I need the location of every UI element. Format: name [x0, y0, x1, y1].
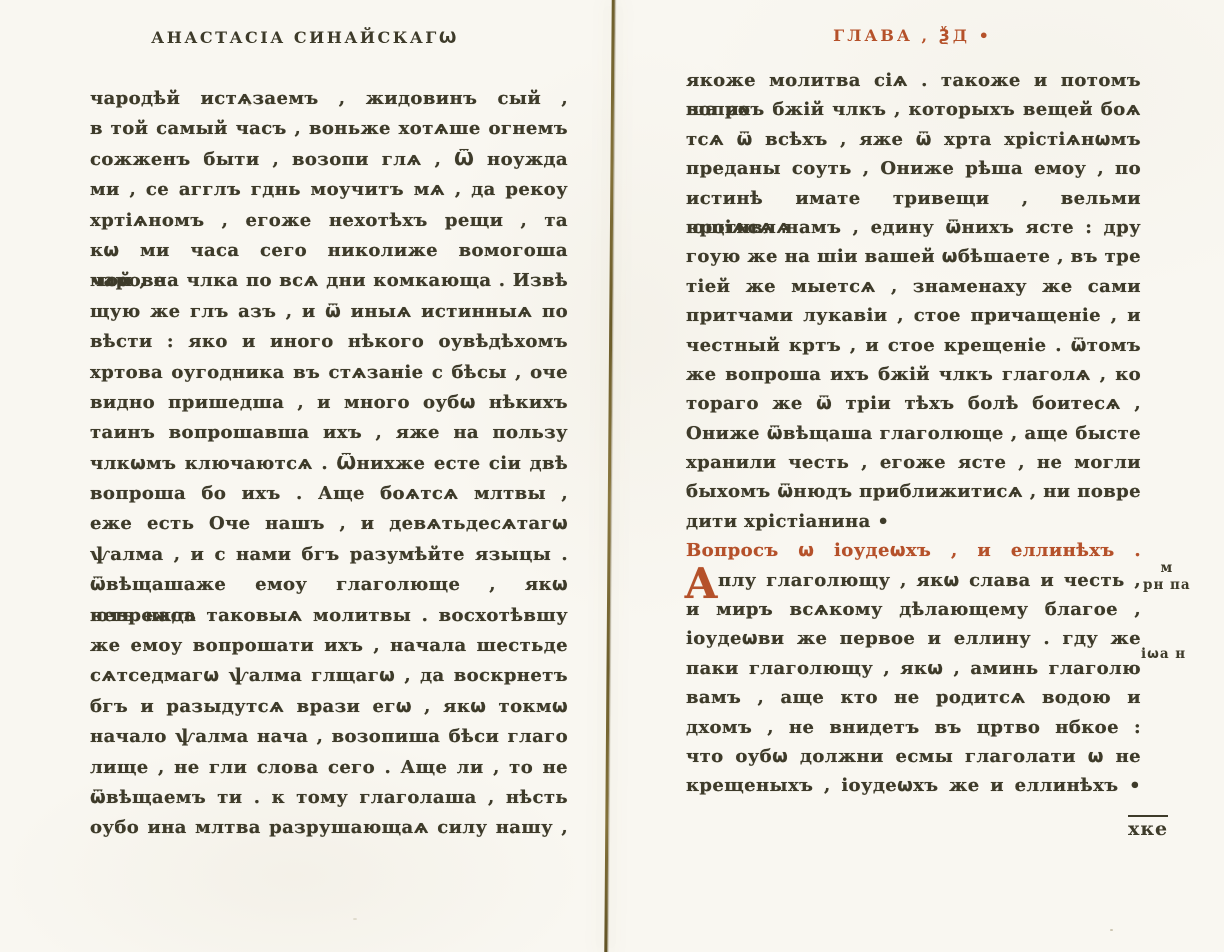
text-line: гоую же на шіи вашей ѡбѣшаете , въ тре [686, 242, 1141, 271]
text-line: честный кртъ , и стое крещеніе . ѿтомъ [686, 331, 1141, 360]
text-line: вопроша бо ихъ . Аще боѧтсѧ млтвы , [90, 479, 568, 509]
text-line: истинѣ имате тривещи , вельми противлѧ [686, 184, 1141, 213]
text-line: быхомъ ѿнюдъ приближитисѧ , ни повре [686, 477, 1141, 506]
right-lines-top: якоже молитва сіѧ . такоже и потомъ вопр… [686, 66, 1141, 507]
text-line: мой , на члка по всѧ дни комкающа . Извѣ [90, 266, 568, 296]
text-line: же вопроша ихъ бжій члкъ глаголѧ , ко [686, 360, 1141, 389]
text-line: чародѣй истѧзаемъ , жидовинъ сый , [90, 84, 568, 114]
text-line: бгъ и разыдутсѧ врази егѡ , якѡ токмѡ [90, 692, 568, 722]
text-line: вѣсти : яко и иного нѣкого оувѣдѣхомъ [90, 327, 568, 357]
chapter-heading: ГЛАВА , ѮД • [685, 26, 1140, 45]
scan-speck [353, 918, 357, 920]
text-line: щую же глъ азъ , и ѿ иныѧ истинныѧ по [90, 297, 568, 327]
text-line: крещеныхъ , іоудеѡхъ же и еллинѣхъ • [686, 771, 1141, 800]
text-line: же емоу вопрошати ихъ , начала шестьде [90, 631, 568, 661]
drop-cap-line-text: плу глаголющу , якѡ слава и честь , [718, 570, 1141, 591]
text-line: ютъ насъ таковыѧ молитвы . восхотѣвшу [90, 601, 568, 631]
text-line: притчами лукавіи , стое причащеніе , и [686, 301, 1141, 330]
text-line: тсѧ ѿ всѣхъ , яже ѿ хрта хрістіѧнѡмъ [686, 125, 1141, 154]
text-line: кѡ ми часа сего николиже вомогоша чарове [90, 236, 568, 266]
quire-signature: хке [1128, 818, 1168, 840]
text-line: в той самый часъ , воньже хотѧше огнемъ [90, 114, 568, 144]
left-text-block: чародѣй истѧзаемъ , жидовинъ сый ,в той … [90, 84, 568, 844]
text-line: сѧтседмагѡ ѱалма глщагѡ , да воскрнетъ [90, 661, 568, 691]
text-line: преданы соуть , Ониже рѣша емоу , по [686, 154, 1141, 183]
text-line: ѱалма , и с нами бгъ разумѣйте языцы . [90, 540, 568, 570]
scan-speck [1110, 929, 1113, 931]
text-line: іоудеѡви же первое и еллину . гду же [686, 624, 1141, 653]
book-spread-scan: АНАСТАСІА СИНАЙСКАГѠ чародѣй истѧзаемъ ,… [0, 0, 1224, 952]
text-line: хртова оугодника въ стѧзаніе с бѣсы , оч… [90, 358, 568, 388]
text-line: паки глаголющу , якѡ , аминь глаголю [686, 654, 1141, 683]
text-line: начало ѱалма нача , возопиша бѣси глаго [90, 722, 568, 752]
text-line: еже есть Оче нашъ , и девѧтьдесѧтагѡ [90, 509, 568, 539]
section-heading-rubric: Вопросъ ѡ іоудеѡхъ , и еллинѣхъ . [686, 536, 1141, 565]
right-lines-bottom: и миръ всѧкому дѣлающему благое ,іоудеѡв… [686, 595, 1141, 801]
text-line: оубо ина млтва разрушающаѧ силу нашу , [90, 813, 568, 843]
text-line: дхомъ , не внидетъ въ цртво нбкое : [686, 713, 1141, 742]
text-line: ющіѧсѧ намъ , едину ѿнихъ ясте : дру [686, 213, 1141, 242]
marginal-reference-line: м [1143, 560, 1191, 577]
drop-cap-line: Аплу глаголющу , якѡ слава и честь , [686, 566, 1141, 595]
text-line: тораго же ѿ тріи тѣхъ болѣ боитесѧ , [686, 389, 1141, 418]
text-line: таинъ вопрошавша ихъ , яже на пользу [90, 418, 568, 448]
text-line: что оубѡ должни есмы глаголати ѡ не [686, 742, 1141, 771]
text-line: тіей же мыетсѧ , знаменаху же сами [686, 272, 1141, 301]
text-line: и миръ всѧкому дѣлающему благое , [686, 595, 1141, 624]
right-text-block: якоже молитва сіѧ . такоже и потомъ вопр… [686, 66, 1141, 801]
text-line: вамъ , аще кто не родитсѧ водою и [686, 683, 1141, 712]
paragraph-end-line: дити хрістіанина • [686, 507, 1141, 536]
text-line: ѿвѣщашаже емоу глаголюще , якѡ неврежда [90, 570, 568, 600]
text-line: хртіѧномъ , егоже нехотѣхъ рещи , та [90, 206, 568, 236]
text-line: лище , не гли слова сего . Аще ли , то н… [90, 753, 568, 783]
text-line: Ониже ѿвѣщаша глаголюще , аще бысте [686, 419, 1141, 448]
marginal-reference-line: рн па [1143, 577, 1191, 594]
drop-cap-initial: А [684, 563, 719, 605]
left-running-header: АНАСТАСІА СИНАЙСКАГѠ [70, 28, 540, 47]
quire-signature-text: хке [1128, 815, 1168, 840]
text-line: сожженъ быти , возопи глѧ , Ѿ ноужда [90, 145, 568, 175]
text-line: члкѡмъ ключаютсѧ . Ѿнихже есте сіи двѣ : [90, 449, 568, 479]
book-gutter-fold [604, 0, 615, 952]
text-line: видно пришедша , и много оубѡ нѣкихъ [90, 388, 568, 418]
text-line: хранили честь , егоже ясте , не могли [686, 448, 1141, 477]
marginal-reference-romans: м рн па [1143, 560, 1191, 594]
scan-speck [248, 103, 251, 106]
marginal-reference-john: іѡа н [1141, 646, 1186, 663]
text-line: якоже молитва сіѧ . такоже и потомъ вопр… [686, 66, 1141, 95]
text-line: ми , се агглъ гднь моучитъ мѧ , да рекоу [90, 175, 568, 205]
text-line: ша ихъ бжій члкъ , которыхъ вещей боѧ [686, 95, 1141, 124]
text-line: ѿвѣщаемъ ти . к тому глаголаша , нѣсть [90, 783, 568, 813]
